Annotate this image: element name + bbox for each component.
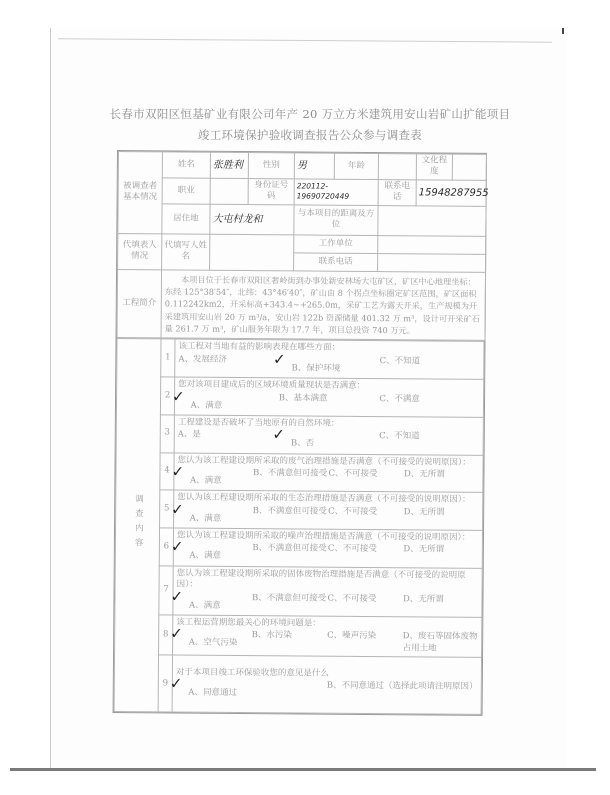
education-field[interactable] <box>452 154 486 180</box>
checkmark-icon: ✓ <box>170 675 183 693</box>
survey-question-row: 2您对该项目建成后的区域环境质量现状是否满意：✓A、满意B、基本满意C、不满意 <box>116 377 483 418</box>
answer-options: ✓A、空气污染B、水污染C、噪声污染D、废石等固体废物占用土地 <box>176 630 478 655</box>
answer-option[interactable]: D、废石等固体废物占用土地 <box>403 632 479 656</box>
project-intro-text: 本项目位于长春市双阳区奢岭街到办事处新安林场大屯矿区，矿区中心地理坐标：东经 1… <box>165 274 480 335</box>
question-text: 您认为该工程建设期所采取的废气治理措施是否满意（不可接受的说明原因）： <box>178 455 480 469</box>
survey-question-row: 5您认为该工程建设期所采取的生态治理措施是否满意（不可接受的说明原因）：✓A、满… <box>116 490 483 531</box>
question-text: 您对该项目建成后的区域环境质量现状是否满意： <box>178 380 480 394</box>
answer-option[interactable]: A、是 <box>178 430 279 451</box>
answer-options: ✓A、满意B、基本满意C、不满意 <box>178 392 480 415</box>
answer-option-label: C、不知道 <box>379 431 420 441</box>
phone-field[interactable]: 15948287955 <box>416 180 486 206</box>
answer-option-label: A、是 <box>178 430 201 440</box>
answer-option-label: C、不可接受 <box>328 506 377 516</box>
distance-label: 与本项目的距离及方位 <box>294 205 378 236</box>
answer-options: A、发展经济✓B、保护环境C、不知道 <box>178 354 480 377</box>
phone-label: 联系电话 <box>378 179 416 205</box>
document-subtitle: 竣工环境保护验收调查报告公众参与调查表 <box>100 127 520 143</box>
answer-option-label: B、否 <box>291 439 314 449</box>
answer-option[interactable]: ✓A、满意 <box>177 467 253 488</box>
answer-options: A、是✓B、否C、不知道 <box>178 430 480 453</box>
answer-option-label: C、不满意 <box>379 394 420 404</box>
answer-option[interactable]: D、无所谓 <box>403 545 479 566</box>
answer-option-label: B、不满意但可接受 <box>253 506 327 517</box>
question-text: 对于本项目竣工环保验收您的意见是什么 <box>176 667 478 681</box>
answer-option-label: A、同意通过 <box>188 688 237 698</box>
document-title: 长春市双阳区恒基矿业有限公司年产 20 万立方米建筑用安山岩矿山扩能项目 <box>100 106 520 122</box>
question-number: 3 <box>160 415 174 453</box>
checkmark-icon: ✓ <box>272 425 285 443</box>
survey-section-label: 调查内容 <box>114 339 161 712</box>
answer-option-label: A、满意 <box>190 476 222 486</box>
question-text: 您认为该工程建设期所采取的噪声治理措施是否满意（不可接受的说明原因）： <box>177 530 479 544</box>
question-text: 该工程对当地有益的影响表现在哪些方面： <box>178 342 480 356</box>
proxy-work-field[interactable] <box>378 235 486 254</box>
answer-option-label: D、无所谓 <box>404 469 445 479</box>
survey-question-row: 9对于本项目竣工环保验收您的意见是什么✓A、同意通过B、不同意通过（选择此项请注… <box>114 655 481 715</box>
question-cell: 该工程运营期您最关心的环境问题是：✓A、空气污染B、水污染C、噪声污染D、废石等… <box>173 615 482 658</box>
survey-form: 被调查者基本情况 姓名 张胜利 性别 男 年龄 文化程度 职业 身份证号码 22… <box>113 150 487 716</box>
answer-option[interactable]: C、不可接受 <box>328 469 404 490</box>
question-cell: 您认为该工程建设期所采取的噪声治理措施是否满意（不可接受的说明原因）：✓A、满意… <box>173 528 482 568</box>
answer-option[interactable]: D、无所谓 <box>404 469 480 490</box>
survey-question-row: 3工程建设是否破坏了当地原有的自然环境：A、是✓B、否C、不知道 <box>116 414 483 455</box>
survey-question-row: 4您认为该工程建设期所采取的废气治理措施是否满意（不可接受的说明原因）：✓A、满… <box>116 452 483 493</box>
question-cell: 您认为该工程建设期所采取的生态治理措施是否满意（不可接受的说明原因）：✓A、满意… <box>174 490 483 530</box>
id-label: 身份证号码 <box>248 178 294 204</box>
proxy-name-label: 代填写人姓名 <box>162 234 210 270</box>
checkmark-icon: ✓ <box>273 350 286 368</box>
checkmark-icon: ✓ <box>170 587 183 605</box>
id-field[interactable]: 220112-19690720449 <box>294 179 378 206</box>
survey-table: 调查内容1该工程对当地有益的影响表现在哪些方面：A、发展经济✓B、保护环境C、不… <box>114 338 485 715</box>
answer-option[interactable]: D、无所谓 <box>403 594 479 615</box>
answer-option[interactable]: ✓A、满意 <box>177 505 253 526</box>
residence-label: 居住地 <box>162 204 210 234</box>
answer-option[interactable]: C、不可接受 <box>328 506 404 527</box>
answer-option-label: D、无所谓 <box>404 507 445 517</box>
answer-option[interactable]: B、不满意但可接受 <box>252 543 328 564</box>
answer-option[interactable]: B、基本满意 <box>279 393 380 414</box>
answer-option-label: B、不满意但可接受 <box>252 543 326 554</box>
survey-question-row: 8该工程运营期您最关心的环境问题是：✓A、空气污染B、水污染C、噪声污染D、废石… <box>115 614 482 657</box>
answer-option[interactable]: C、不知道 <box>380 356 481 377</box>
answer-option[interactable]: B、水污染 <box>252 630 328 654</box>
answer-option-label: A、满意 <box>189 600 221 610</box>
answer-option[interactable]: ✓B、否 <box>278 431 379 452</box>
question-cell: 该工程对当地有益的影响表现在哪些方面：A、发展经济✓B、保护环境C、不知道 <box>175 339 484 379</box>
gender-field[interactable]: 男 <box>294 153 334 179</box>
question-cell: 您对该项目建成后的区域环境质量现状是否满意：✓A、满意B、基本满意C、不满意 <box>174 377 483 417</box>
answer-option-label: B、保护环境 <box>292 363 341 373</box>
answer-option-label: B、水污染 <box>252 630 292 640</box>
answer-option-label: B、不同意通过（选择此项请注明原因） <box>327 681 478 692</box>
checkmark-icon: ✓ <box>171 538 184 556</box>
name-field[interactable]: 张胜利 <box>210 152 248 178</box>
checkmark-icon: ✓ <box>171 500 184 518</box>
project-intro: 本项目位于长春市双阳区奢岭街到办事处新安林场大屯矿区，矿区中心地理坐标：东经 1… <box>161 270 486 341</box>
answer-option-label: A、满意 <box>189 551 221 561</box>
answer-option-label: A、空气污染 <box>189 638 238 648</box>
answer-options: ✓A、满意B、不满意但可接受C、不可接受D、无所谓 <box>177 543 479 566</box>
question-text: 您认为该工程建设期所采取的生态治理措施是否满意（不可接受的说明原因）： <box>177 493 479 507</box>
answer-option-label: A、发展经济 <box>178 354 227 364</box>
answer-option[interactable]: ✓A、空气污染 <box>176 630 252 654</box>
respondent-section-label: 被调查者基本情况 <box>118 152 163 234</box>
question-cell: 您认为该工程建设期所采取的固体废物治理措施是否满意（不可接受的说明原因）：✓A、… <box>173 566 482 618</box>
proxy-name-field[interactable] <box>210 234 294 271</box>
checkmark-icon: ✓ <box>172 387 185 405</box>
answer-option-label: C、不可接受 <box>328 469 377 479</box>
survey-section-label-text: 调查内容 <box>132 494 144 552</box>
answer-option[interactable]: C、不知道 <box>379 431 480 452</box>
answer-option[interactable]: C、不满意 <box>379 394 480 415</box>
proxy-section-label: 代填表人情况 <box>118 233 162 269</box>
answer-option-label: B、不满意但可接受 <box>252 593 326 604</box>
answer-option[interactable]: D、无所谓 <box>404 507 480 528</box>
answer-options: ✓A、同意通过B、不同意通过（选择此项请注明原因） <box>176 680 478 703</box>
answer-option-label: A、满意 <box>190 513 222 523</box>
question-text: 工程建设是否破坏了当地原有的自然环境： <box>178 417 480 431</box>
answer-option-label: D、废石等固体废物占用土地 <box>403 632 478 654</box>
answer-option[interactable]: B、不满意但可接受 <box>252 593 328 614</box>
answer-option-label: B、基本满意 <box>279 393 328 403</box>
answer-option[interactable]: C、噪声污染 <box>327 631 403 655</box>
answer-option-label: D、无所谓 <box>403 545 444 555</box>
answer-option[interactable]: B、不满意但可接受 <box>253 468 329 489</box>
answer-option[interactable]: ✓A、满意 <box>176 592 252 613</box>
name-label: 姓名 <box>162 152 210 178</box>
answer-option[interactable]: B、不同意通过（选择此项请注明原因） <box>327 681 478 702</box>
proxy-work-label: 工作单位 <box>294 235 378 254</box>
education-label: 文化程度 <box>416 154 452 180</box>
question-cell: 对于本项目竣工环保验收您的意见是什么✓A、同意通过B、不同意通过（选择此项请注明… <box>172 655 481 714</box>
distance-field[interactable] <box>378 205 486 236</box>
answer-option-label: C、噪声污染 <box>327 631 376 641</box>
page-bottom-edge <box>10 768 596 771</box>
answer-option-label: C、不可接受 <box>327 593 376 603</box>
answer-option[interactable]: ✓A、同意通过 <box>176 680 327 701</box>
answer-option[interactable]: ✓B、保护环境 <box>279 355 380 376</box>
project-label: 工程简介 <box>117 269 162 338</box>
question-text: 您认为该工程建设期所采取的固体废物治理措施是否满意（不可接受的说明原因）： <box>177 568 479 593</box>
answer-option[interactable]: A、发展经济 <box>178 354 279 375</box>
answer-options: ✓A、满意B、不满意但可接受C、不可接受D、无所谓 <box>176 592 478 615</box>
occupation-label: 职业 <box>162 178 210 204</box>
answer-option[interactable]: ✓A、满意 <box>177 543 253 564</box>
survey-question-row: 调查内容1该工程对当地有益的影响表现在哪些方面：A、发展经济✓B、保护环境C、不… <box>117 339 484 380</box>
answer-option-label: B、不满意但可接受 <box>253 468 327 479</box>
occupation-field[interactable] <box>210 178 248 204</box>
residence-field[interactable]: 大屯村龙和 <box>210 204 294 235</box>
proxy-phone-field[interactable] <box>378 253 486 272</box>
gender-label: 性别 <box>248 153 294 179</box>
age-label: 年龄 <box>334 153 378 179</box>
question-cell: 您认为该工程建设期所采取的废气治理措施是否满意（不可接受的说明原因）：✓A、满意… <box>174 452 483 492</box>
question-cell: 工程建设是否破坏了当地原有的自然环境：A、是✓B、否C、不知道 <box>174 415 483 455</box>
answer-options: ✓A、满意B、不满意但可接受C、不可接受D、无所谓 <box>177 467 479 490</box>
age-field[interactable] <box>378 154 416 180</box>
answer-option[interactable]: C、不可接受 <box>327 593 403 614</box>
answer-option[interactable]: C、不可接受 <box>328 544 404 565</box>
question-text: 该工程运营期您最关心的环境问题是： <box>176 617 478 631</box>
answer-option-label: C、不知道 <box>380 356 421 366</box>
answer-option[interactable]: B、不满意但可接受 <box>253 506 329 527</box>
corner-mark <box>562 28 564 34</box>
survey-question-row: 6您认为该工程建设期所采取的噪声治理措施是否满意（不可接受的说明原因）：✓A、满… <box>115 527 482 568</box>
question-number: 1 <box>161 339 175 377</box>
proxy-phone-label: 联系电话 <box>294 253 378 272</box>
answer-option-label: D、无所谓 <box>403 594 444 604</box>
answer-option-label: C、不可接受 <box>328 544 377 554</box>
respondent-table: 被调查者基本情况 姓名 张胜利 性别 男 年龄 文化程度 职业 身份证号码 22… <box>117 151 487 341</box>
checkmark-icon: ✓ <box>171 462 184 480</box>
survey-question-row: 7您认为该工程建设期所采取的固体废物治理措施是否满意（不可接受的说明原因）：✓A… <box>115 565 482 617</box>
checkmark-icon: ✓ <box>170 625 183 643</box>
answer-option[interactable]: ✓A、满意 <box>178 392 279 413</box>
answer-options: ✓A、满意B、不满意但可接受C、不可接受D、无所谓 <box>177 505 479 528</box>
answer-option-label: A、满意 <box>191 400 223 410</box>
